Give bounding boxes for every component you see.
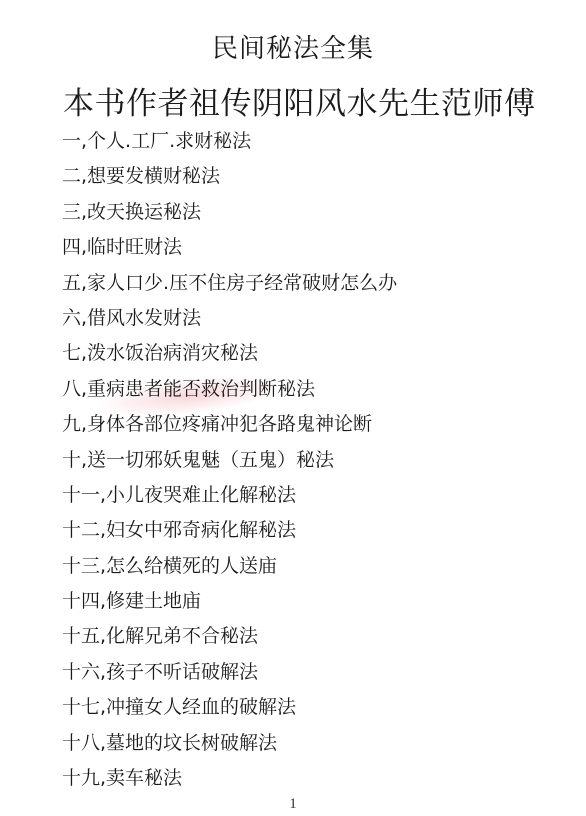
toc-item: 五,家人口少.压不住房子经常破财怎么办 xyxy=(62,266,397,301)
toc-item: 一,个人.工厂.求财秘法 xyxy=(62,124,397,159)
toc-item: 九,身体各部位疼痛冲犯各路鬼神论断 xyxy=(62,407,397,442)
page-number: 1 xyxy=(0,796,586,813)
toc-item: 八,重病患者能否救治判断秘法 xyxy=(62,372,397,407)
page-subtitle: 本书作者祖传阴阳风水先生范师傅 xyxy=(63,78,536,123)
toc-item: 十三,怎么给横死的人送庙 xyxy=(62,549,397,584)
toc-item: 七,泼水饭治病消灾秘法 xyxy=(62,336,397,371)
toc-item: 十一,小儿夜哭难止化解秘法 xyxy=(62,478,397,513)
toc-item: 三,改天换运秘法 xyxy=(62,195,397,230)
toc-item: 十四,修建土地庙 xyxy=(62,584,397,619)
toc-item: 十九,卖车秘法 xyxy=(62,761,397,796)
toc-item: 十六,孩子不听话破解法 xyxy=(62,655,397,690)
page-title: 民间秘法全集 xyxy=(0,28,586,65)
toc-item: 十二,妇女中邪奇病化解秘法 xyxy=(62,513,397,548)
toc-item: 六,借风水发财法 xyxy=(62,301,397,336)
toc-item: 十八,墓地的坟长树破解法 xyxy=(62,726,397,761)
toc-item: 十五,化解兄弟不合秘法 xyxy=(62,619,397,654)
toc-item: 四,临时旺财法 xyxy=(62,230,397,265)
toc-item: 十,送一切邪妖鬼魅（五鬼）秘法 xyxy=(62,443,397,478)
toc-item: 十七,冲撞女人经血的破解法 xyxy=(62,690,397,725)
toc-item: 二,想要发横财秘法 xyxy=(62,159,397,194)
table-of-contents: 一,个人.工厂.求财秘法 二,想要发横财秘法 三,改天换运秘法 四,临时旺财法 … xyxy=(62,124,397,796)
